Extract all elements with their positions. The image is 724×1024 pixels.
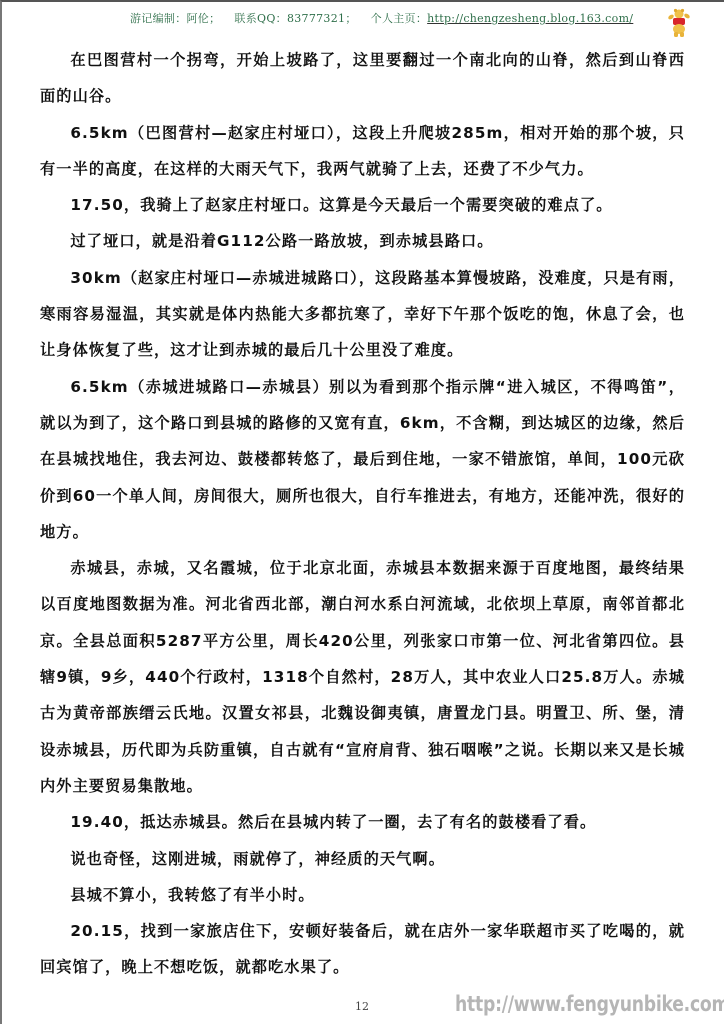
paragraph: 6.5km（巴图营村—赵家庄村垭口），这段上升爬坡285m，相对开始的那个坡，只…: [40, 115, 685, 188]
editor-label: 游记编制：阿伦；: [130, 12, 220, 25]
paragraph: 19.40，抵达赤城县。然后在县城内转了一圈，去了有名的鼓楼看了看。: [40, 804, 685, 840]
paragraph: 县城不算小，我转悠了有半小时。: [40, 877, 685, 913]
paragraph: 在巴图营村一个拐弯，开始上坡路了，这里要翻过一个南北向的山脊，然后到山脊西面的山…: [40, 42, 685, 115]
header-info-line: 游记编制：阿伦；联系QQ：83777321；个人主页：http://chengz…: [130, 10, 633, 26]
paragraph: 过了垭口，就是沿着G112公路一路放坡，到赤城县路口。: [40, 223, 685, 259]
winnie-the-pooh-icon: [667, 8, 691, 38]
paragraph: 说也奇怪，这刚进城，雨就停了，神经质的天气啊。: [40, 841, 685, 877]
page-header: 游记编制：阿伦；联系QQ：83777321；个人主页：http://chengz…: [0, 6, 724, 30]
site-watermark: http://www.fengyunbike.com: [455, 992, 724, 1016]
homepage-prefix: 个人主页：: [371, 12, 428, 25]
paragraph: 赤城县，赤城，又名霞城，位于北京北面，赤城县本数据来源于百度地图，最终结果以百度…: [40, 550, 685, 804]
paragraph: 17.50，我骑上了赵家庄村垭口。这算是今天最后一个需要突破的难点了。: [40, 187, 685, 223]
page-number: 12: [355, 1000, 369, 1013]
homepage-link[interactable]: http://chengzesheng.blog.163.com/: [427, 12, 633, 25]
contact-qq-label: 联系QQ：83777321；: [234, 12, 356, 25]
paragraph: 20.15，找到一家旅店住下，安顿好装备后，就在店外一家华联超市买了吃喝的，就回…: [40, 913, 685, 986]
article-body: 在巴图营村一个拐弯，开始上坡路了，这里要翻过一个南北向的山脊，然后到山脊西面的山…: [40, 42, 685, 986]
paragraph: 30km（赵家庄村垭口—赤城进城路口），这段路基本算慢坡路，没难度，只是有雨，寒…: [40, 260, 685, 369]
paragraph: 6.5km（赤城进城路口—赤城县）别以为看到那个指示牌“进入城区，不得鸣笛”，就…: [40, 369, 685, 550]
